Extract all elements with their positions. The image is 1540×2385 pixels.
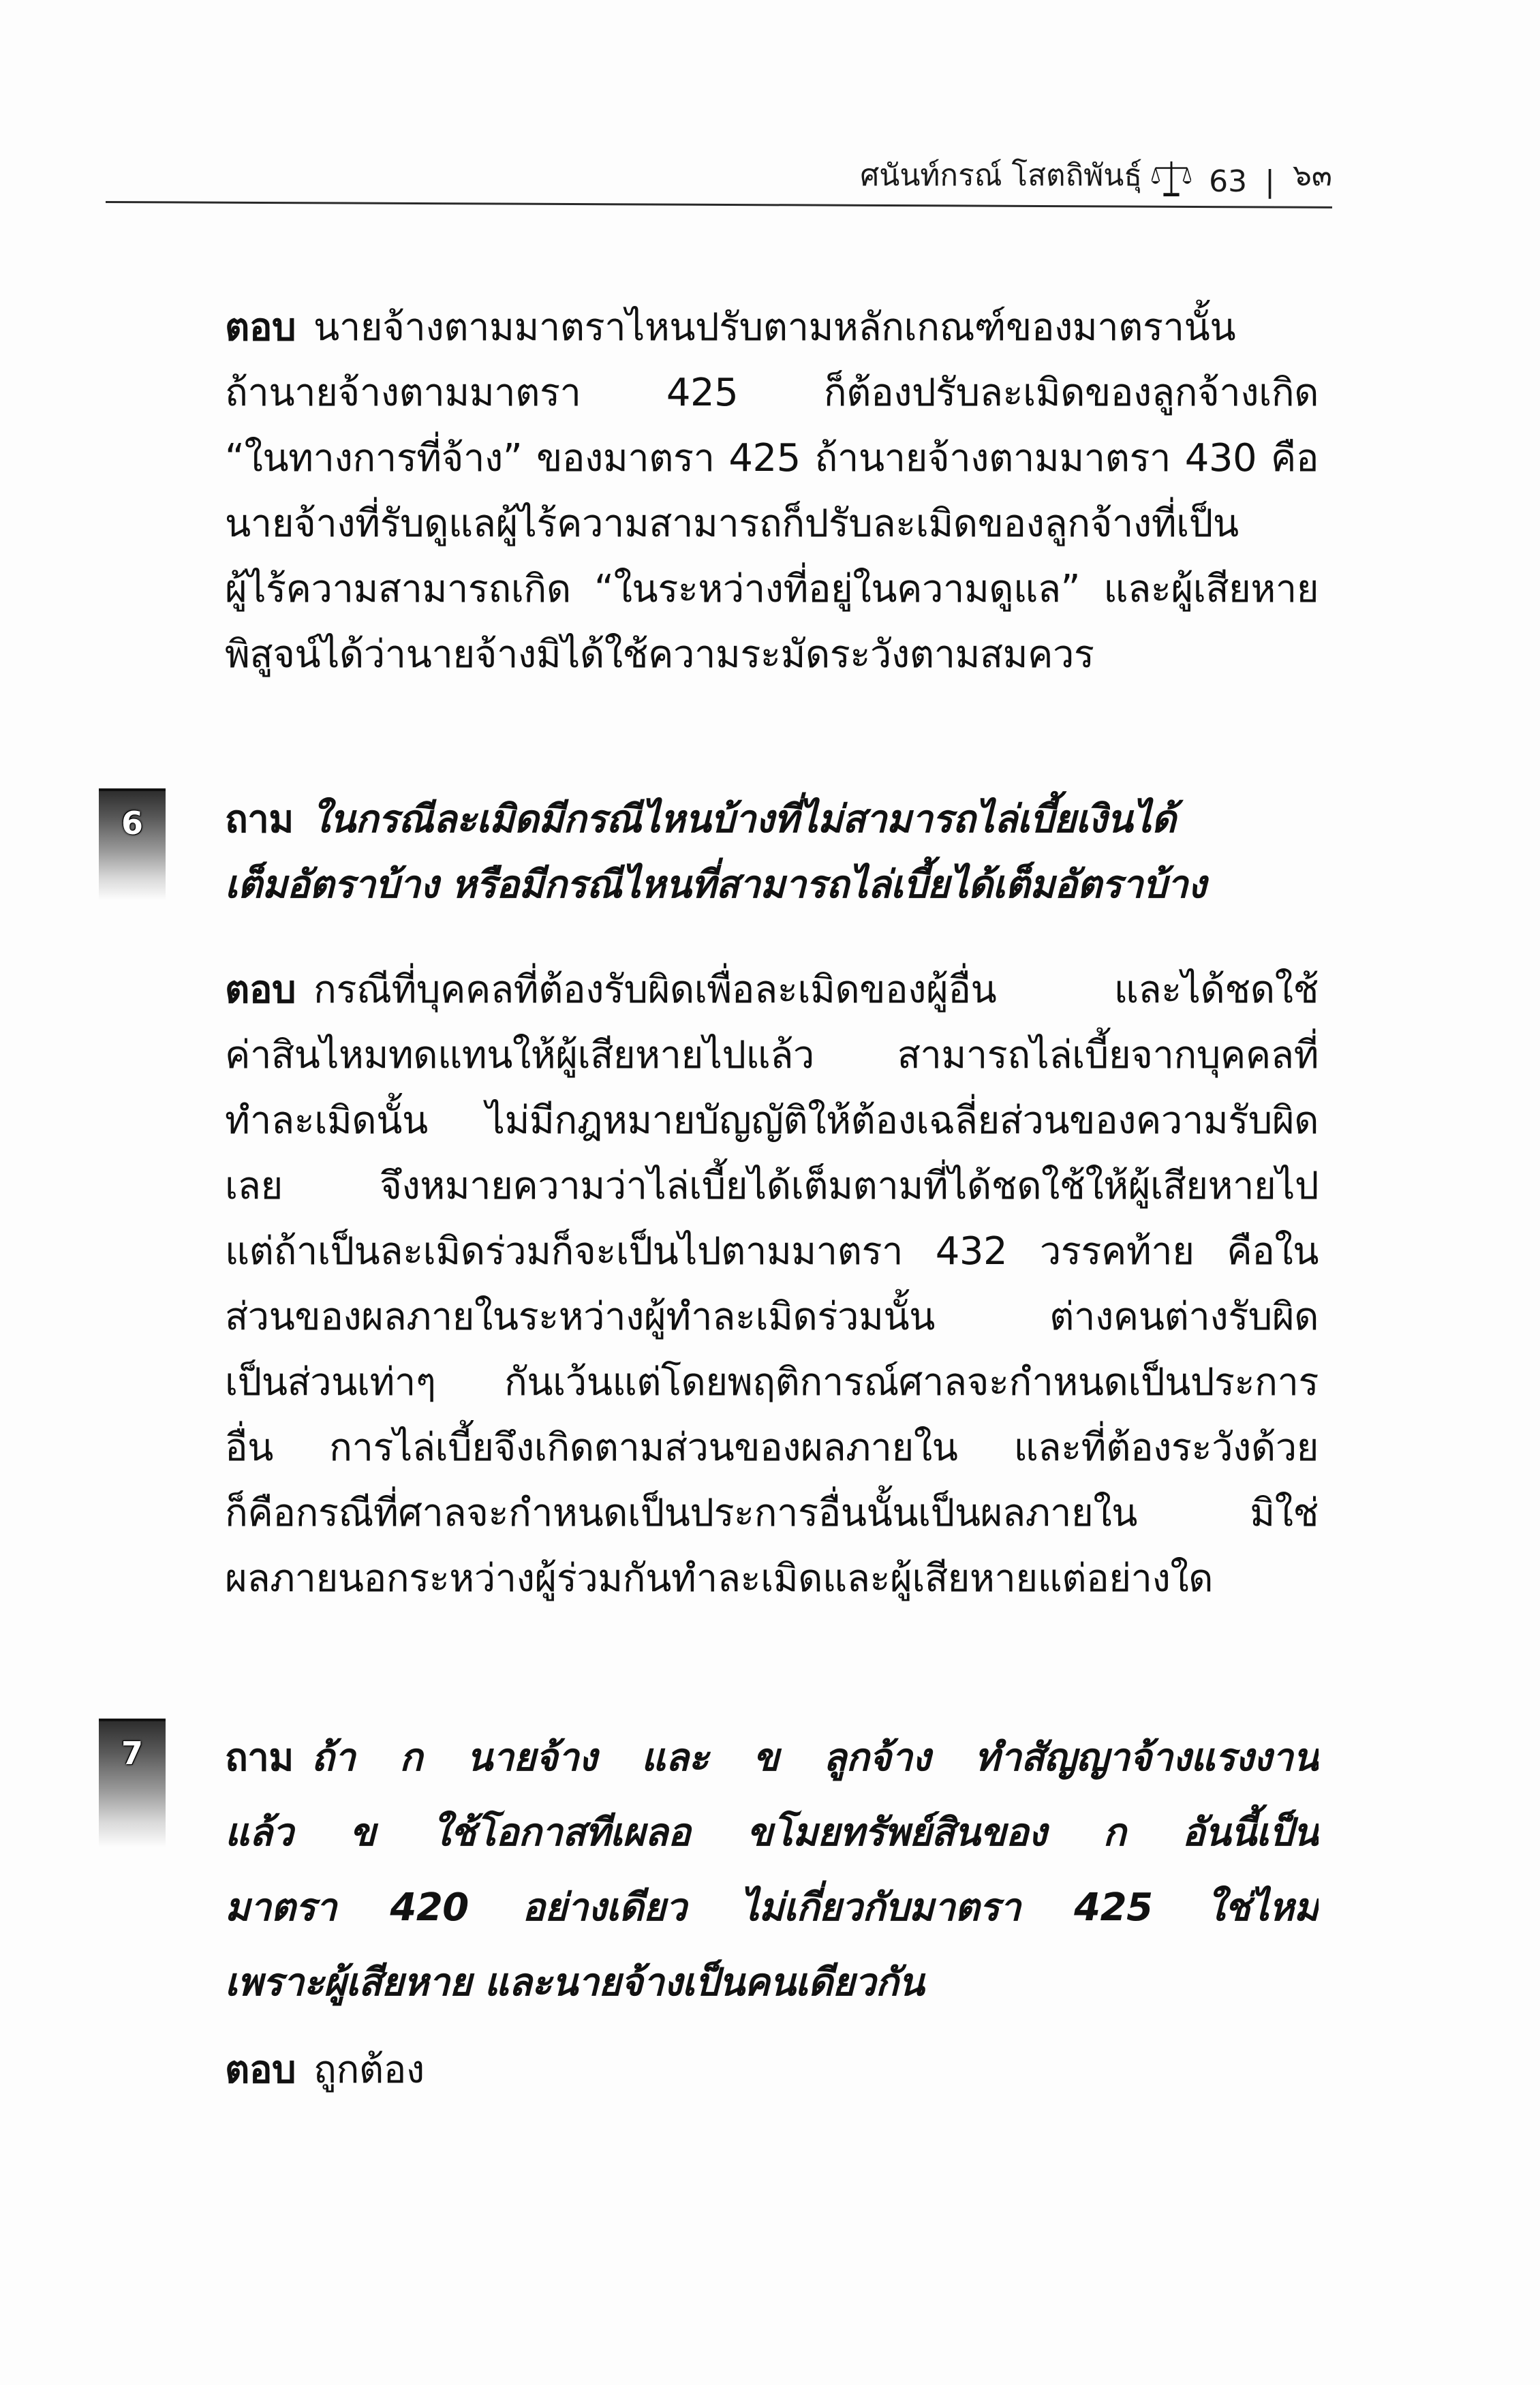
- answer-label: ตอบ: [225, 968, 296, 1012]
- answer-line: ทำละเมิดนั้น ไม่มีกฎหมายบัญญัติให้ต้องเฉ…: [225, 1088, 1319, 1154]
- answer-line: “ในทางการที่จ้าง” ของมาตรา 425 ถ้านายจ้า…: [225, 426, 1319, 491]
- answer-line: ก็คือกรณีที่ศาลจะกำหนดเป็นประการอื่นนั้น…: [225, 1481, 1319, 1546]
- answer-line: ผู้ไร้ความสามารถเกิด “ในระหว่างที่อยู่ใน…: [225, 557, 1319, 622]
- answer-label: ตอบ: [225, 305, 296, 350]
- answer-text: ถูกต้อง: [313, 2048, 425, 2092]
- answer-7: ตอบถูกต้อง: [225, 2037, 1319, 2103]
- answer-line: แต่ถ้าเป็นละเมิดร่วมก็จะเป็นไปตามมาตรา 4…: [225, 1219, 1319, 1284]
- answer-label: ตอบ: [225, 2048, 296, 2092]
- answer-line: ส่วนของผลภายในระหว่างผู้ทำละเมิดร่วมนั้น…: [225, 1284, 1319, 1350]
- answer-line: เลย จึงหมายความว่าไล่เบี้ยได้เต็มตามที่ไ…: [225, 1154, 1319, 1219]
- question-label: ถาม: [225, 797, 294, 842]
- question-line: แล้ว ข ใช้โอกาสทีเผลอ ขโมยทรัพย์สินของ ก…: [225, 1796, 1319, 1871]
- answer-6: ตอบกรณีที่บุคคลที่ต้องรับผิดเพื่อละเมิดข…: [225, 957, 1319, 1612]
- question-line: ถ้า ก นายจ้าง และ ข ลูกจ้าง ทำสัญญาจ้างแ…: [311, 1736, 1319, 1780]
- question-label: ถาม: [225, 1736, 294, 1780]
- page-separator: |: [1265, 164, 1275, 199]
- author-name: ศนันท์กรณ์ โสตถิพันธุ์: [860, 151, 1142, 199]
- running-header: ศนันท์กรณ์ โสตถิพันธุ์ 63 | ๖๓: [106, 151, 1332, 199]
- answer-line: เป็นส่วนเท่าๆ กันเว้นแต่โดยพฤติการณ์ศาลจ…: [225, 1350, 1319, 1415]
- answer-line: อื่น การไล่เบี้ยจึงเกิดตามส่วนของผลภายใน…: [225, 1415, 1319, 1481]
- answer-line: ถ้านายจ้างตามมาตรา 425 ก็ต้องปรับละเมิดข…: [225, 360, 1319, 426]
- header-rule: [106, 201, 1332, 209]
- question-line: เพราะผู้เสียหาย และนายจ้างเป็นคนเดียวกัน: [225, 1945, 1319, 2020]
- answer-line: นายจ้างตามมาตราไหนปรับตามหลักเกณฑ์ของมาต…: [313, 305, 1235, 350]
- question-number-badge-7: 7: [99, 1719, 166, 1847]
- answer-line: นายจ้างที่รับดูแลผู้ไร้ความสามารถก็ปรับล…: [225, 491, 1319, 557]
- question-number-badge-6: 6: [99, 788, 166, 900]
- answer-line: กรณีที่บุคคลที่ต้องรับผิดเพื่อละเมิดของผ…: [313, 968, 1319, 1012]
- scales-of-justice-icon: [1152, 158, 1191, 199]
- answer-previous: ตอบนายจ้างตามมาตราไหนปรับตามหลักเกณฑ์ของ…: [225, 295, 1319, 688]
- question-7: ถามถ้า ก นายจ้าง และ ข ลูกจ้าง ทำสัญญาจ้…: [225, 1721, 1319, 2020]
- page-number-thai: ๖๓: [1293, 151, 1332, 199]
- book-page: ศนันท์กรณ์ โสตถิพันธุ์ 63 | ๖๓ ตอบนายจ้า…: [0, 0, 1540, 2385]
- question-6: ถามในกรณีละเมิดมีกรณีไหนบ้างที่ไม่สามารถ…: [225, 787, 1319, 918]
- question-line: เต็มอัตราบ้าง หรือมีกรณีไหนที่สามารถไล่เ…: [225, 852, 1319, 918]
- answer-line: ผลภายนอกระหว่างผู้ร่วมกันทำละเมิดและผู้เ…: [225, 1546, 1319, 1612]
- page-number: 63: [1209, 164, 1247, 199]
- answer-line: พิสูจน์ได้ว่านายจ้างมิได้ใช้ความระมัดระว…: [225, 622, 1319, 688]
- question-line: มาตรา 420 อย่างเดียว ไม่เกี่ยวกับมาตรา 4…: [225, 1871, 1319, 1945]
- answer-line: ค่าสินไหมทดแทนให้ผู้เสียหายไปแล้ว สามารถ…: [225, 1023, 1319, 1088]
- question-line: ในกรณีละเมิดมีกรณีไหนบ้างที่ไม่สามารถไล่…: [311, 797, 1176, 842]
